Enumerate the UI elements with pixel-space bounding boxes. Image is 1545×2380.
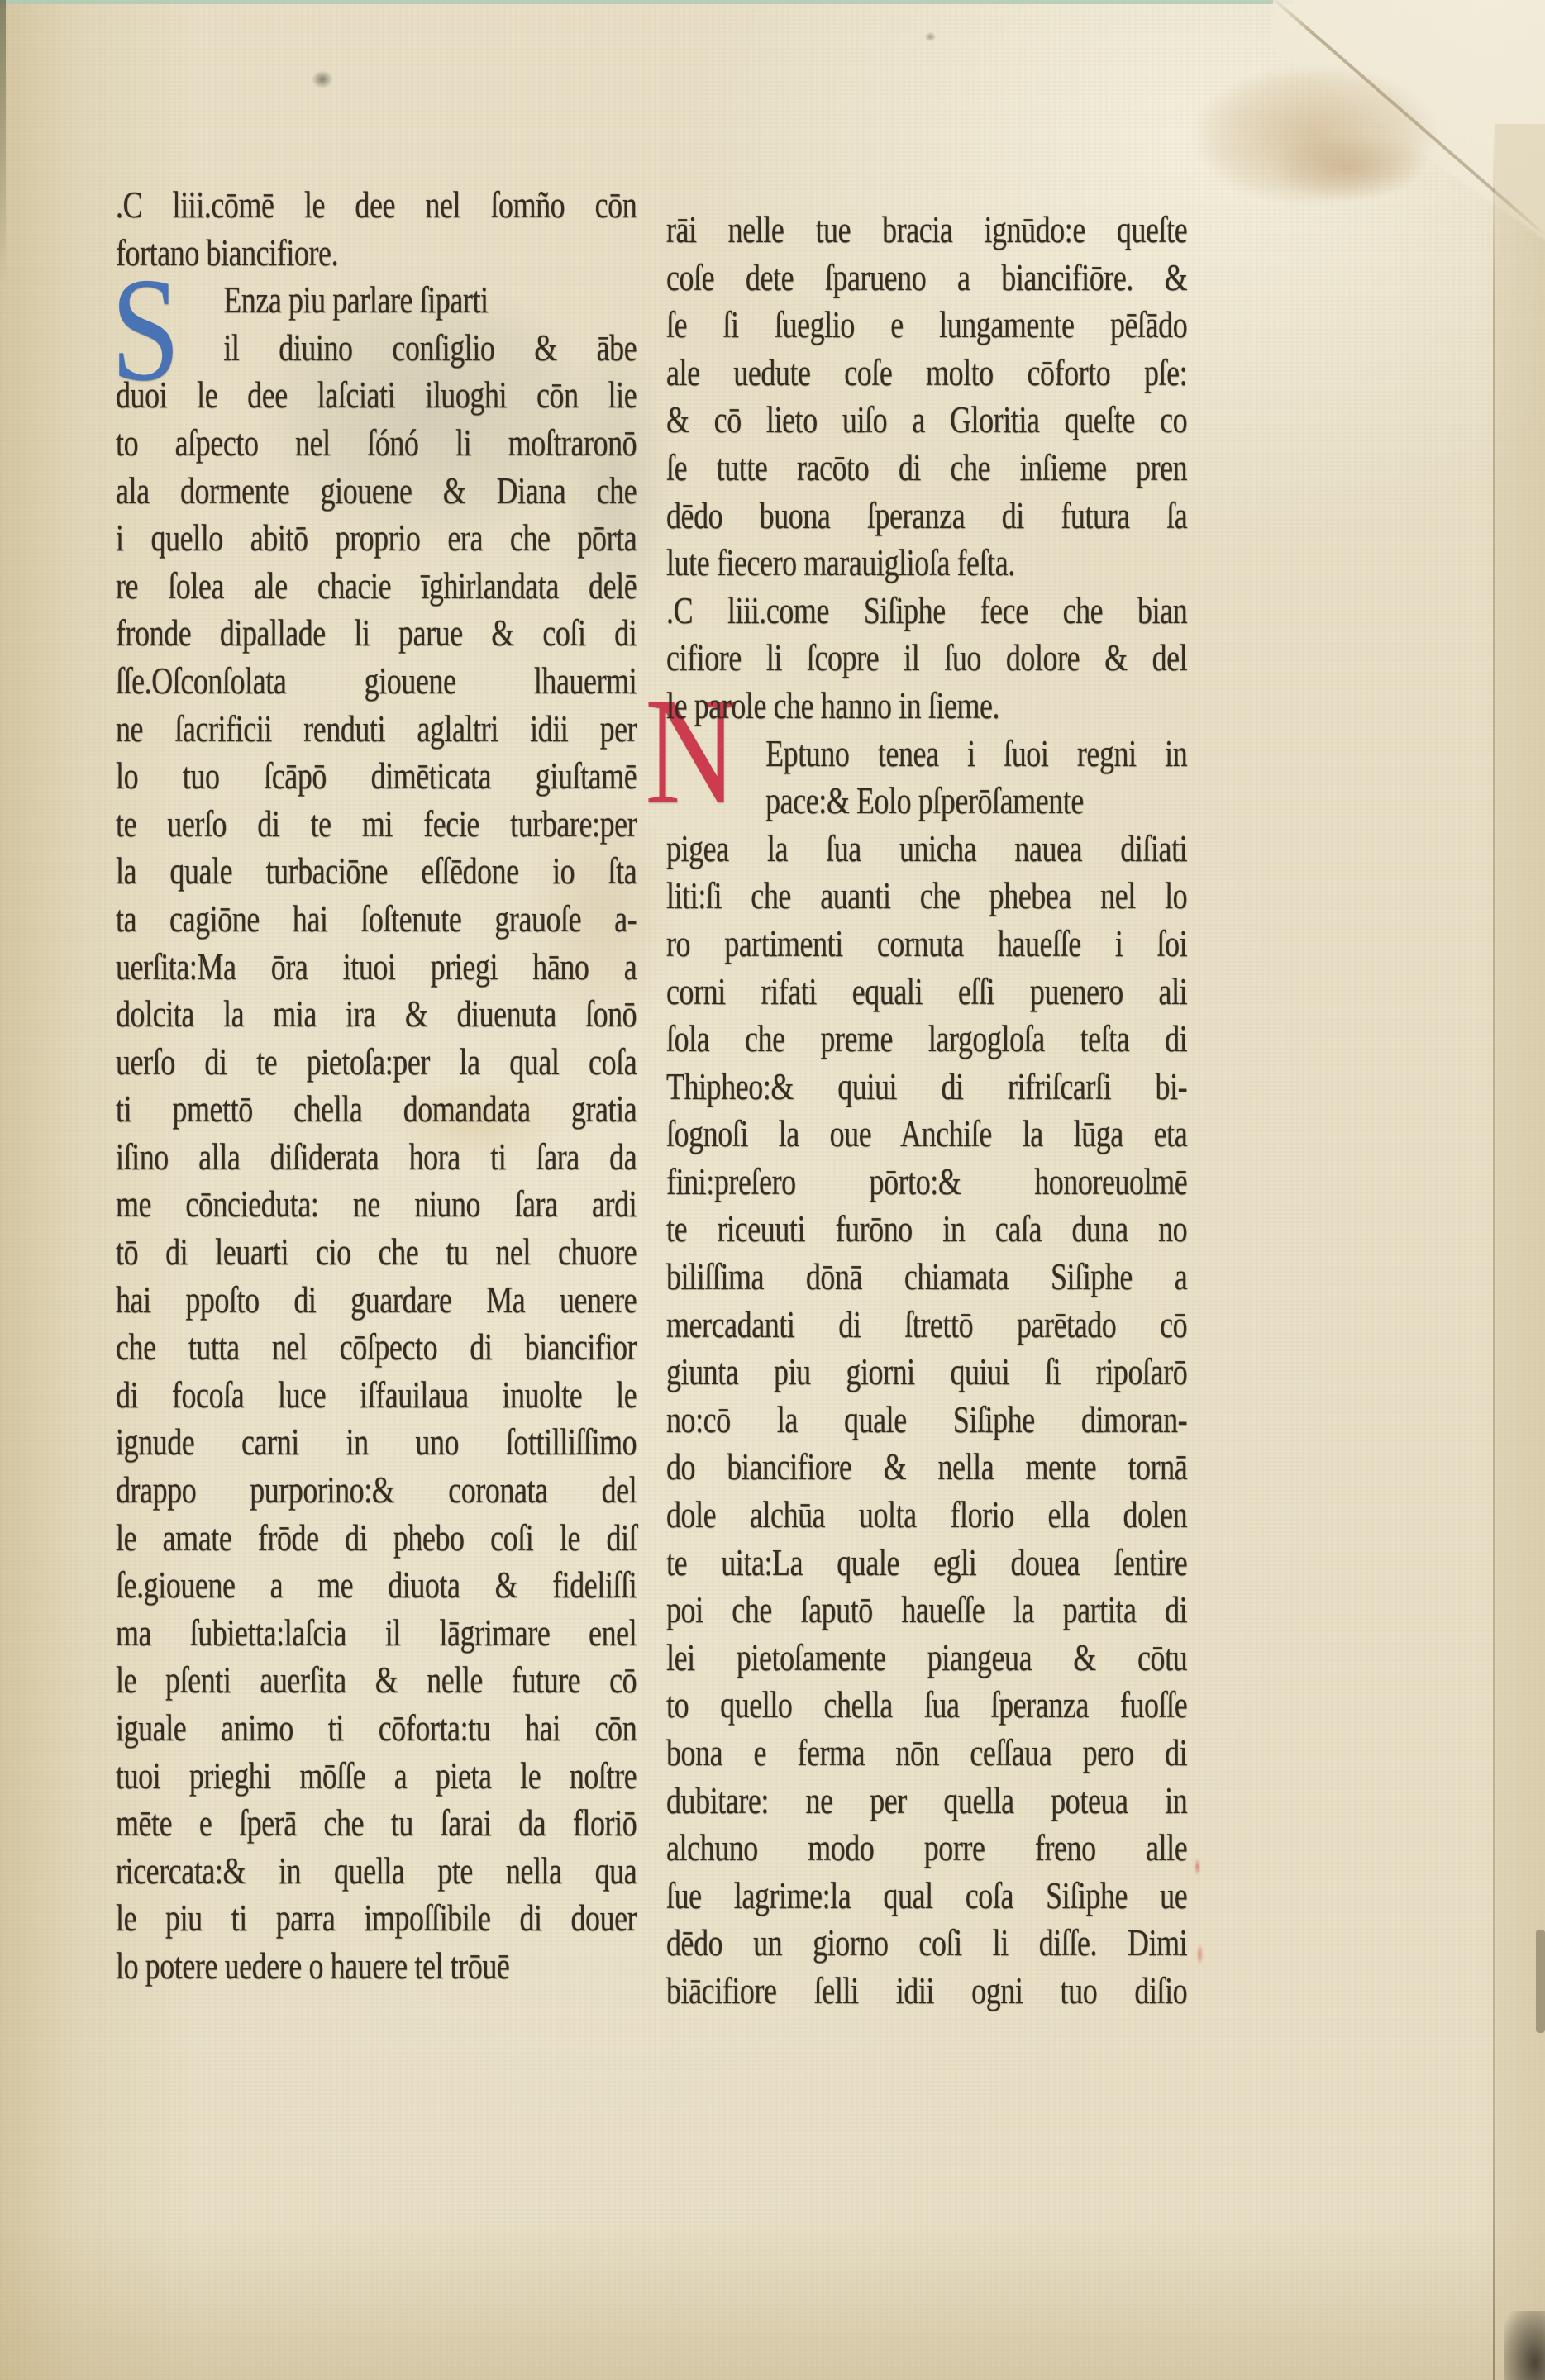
text-line: dole alchūa uolta florio ella dolen [666,1491,1187,1539]
text-line: le amate frōde di phebo coſi le diſ [116,1514,637,1562]
text-line: pace:& Eolo pſperōſamente [666,777,1187,825]
text-line: dubitare: ne per quella poteua in [666,1777,1187,1825]
text-line: dēdo un giorno coſi li diſſe. Dimi [666,1919,1187,1967]
text-line: ſſe.Oſconſolata giouene lhauermi [116,657,637,705]
text-line: coſe dete ſparueno a biancifiōre. & [666,254,1187,302]
text-line: ſola che preme largogloſa teſta di [666,1015,1187,1063]
book-page: S N .C liii.cōmē le dee nel ſomño cōnfor… [0,0,1545,2380]
text-line: do biancifiore & nella mente tornā [666,1443,1187,1491]
text-line: tō di leuarti cio che tu nel chuore [116,1228,637,1276]
text-line: ſe ſi ſueglio e lungamente pēſādo [666,301,1187,349]
right-column: rāi nelle tue bracia ignūdo:e queſtecoſe… [666,206,1187,2015]
text-line: ta cagiōne hai ſoſtenute grauoſe a- [116,895,637,943]
text-line: corni rifati equali eſſi puenero ali [666,968,1187,1016]
ink-speck [311,69,334,89]
left-column: .C liii.cōmē le dee nel ſomño cōnfortano… [116,181,637,1990]
scanner-edge-strip [0,0,1294,4]
text-line: biliſſima dōnā chiamata Siſiphe a [666,1253,1187,1301]
text-line: re ſolea ale chacie īghirlandata delē [116,562,637,610]
text-line: ti pmettō chella domandata gratia [116,1085,637,1133]
text-line: ſue lagrime:la qual coſa Siſiphe ue [666,1872,1187,1920]
ink-speck [924,31,937,42]
red-ink-speck [1196,1944,1204,1965]
text-line: lo potere uedere o hauere tel trōuē [116,1942,637,1990]
text-line: ſe tutte racōto di che inſieme pren [666,444,1187,492]
text-line: che tutta nel cōſpecto di biancifior [116,1323,637,1371]
text-line: fronde dipallade li parue & coſi di [116,609,637,657]
text-line: ſognoſi la oue Anchiſe la lūga eta [666,1110,1187,1158]
text-line: te uita:La quale egli douea ſentire [666,1539,1187,1587]
text-line: ala dormente giouene & Diana che [116,467,637,515]
text-line: ignude carni in uno ſottilliſſimo [116,1418,637,1466]
text-line: ale uedute coſe molto cōforto pſe: [666,349,1187,397]
text-line: fortano biancifiore. [116,229,637,277]
text-line: dolcita la mia ira & diuenuta ſonō [116,990,637,1038]
text-line: rāi nelle tue bracia ignūdo:e queſte [666,206,1187,254]
corner-fold-crease [1269,0,1545,239]
text-line: tuoi prieghi mōſſe a pieta le noſtre [116,1752,637,1800]
corner-fold [1273,0,1545,241]
text-line: lute fiecero marauiglioſa feſta. [666,539,1187,587]
text-line: liti:ſi che auanti che phebea nel lo [666,872,1187,920]
page-edge-line-right [1493,124,1495,2380]
text-line: te uerſo di te mi fecie turbare:per [116,800,637,848]
text-line: mēte e ſperā che tu ſarai da floriō [116,1799,637,1847]
text-line: .C liii.come Siſiphe fece che bian [666,587,1187,635]
text-line: Eptuno tenea i ſuoi regni in [666,730,1187,778]
text-line: le pſenti auerſita & nelle future cō [116,1656,637,1704]
text-line: il diuino conſiglio & ābe [116,324,637,372]
text-line: ſe.giouene a me diuota & fideliſſi [116,1561,637,1609]
text-line: no:cō la quale Siſiphe dimoran- [666,1396,1187,1444]
text-line: iſino alla diſiderata hora ti ſara da [116,1133,637,1181]
text-line: iguale animo ti cōforta:tu hai cōn [116,1704,637,1752]
text-line: ro partimenti cornuta haueſſe i ſoi [666,920,1187,968]
text-line: lo tuo ſcāpō dimēticata giuſtamē [116,752,637,800]
text-line: di focoſa luce iſfauilaua inuolte le [116,1371,637,1419]
text-line: dēdo buona ſperanza di futura ſa [666,492,1187,540]
text-line: ricercata:& in quella pte nella qua [116,1847,637,1895]
text-line: to aſpecto nel ſónó li moſtraronō [116,419,637,467]
corner-dark-spot [1504,2311,1545,2380]
text-line: fini:preſero pōrto:& honoreuolmē [666,1158,1187,1206]
text-line: to quello chella ſua ſperanza fuoſſe [666,1681,1187,1729]
text-line: ne ſacrificii renduti aglaltri idii per [116,705,637,753]
text-line: .C liii.cōmē le dee nel ſomño cōn [116,181,637,229]
text-line: poi che ſaputō haueſſe la partita di [666,1586,1187,1634]
text-line: alchuno modo porre freno alle [666,1824,1187,1872]
water-stain-top-right-2 [1236,120,1459,215]
text-line: mercadanti di ſtrettō parētado cō [666,1301,1187,1349]
water-stain-top-right [1145,29,1484,223]
text-line: lei pietoſamente piangeua & cōtu [666,1634,1187,1682]
text-line: biācifiore ſelli idii ogni tuo diſio [666,1967,1187,2015]
text-line: & cō lieto uiſo a Gloritia queſte co [666,396,1187,444]
red-ink-speck [1194,1858,1201,1876]
text-line: duoi le dee laſciati iluoghi cōn lie [116,371,637,419]
text-line: uerſita:Ma ōra ituoi priegi hāno a [116,943,637,991]
text-line: drappo purporino:& coronata del [116,1466,637,1514]
text-line: cifiore li ſcopre il ſuo dolore & del [666,634,1187,682]
text-line: Enza piu parlare ſiparti [116,276,637,324]
text-line: pigea la ſua unicha nauea diſiati [666,825,1187,873]
text-line: te riceuuti furōno in caſa duna no [666,1205,1187,1253]
text-line: Thipheo:& quiui di rifriſcarſi bi- [666,1063,1187,1111]
text-line: bona e ferma nōn ceſſaua pero di [666,1729,1187,1777]
text-line: me cōncieduta: ne niuno ſara ardi [116,1180,637,1228]
edge-dark-mark [1536,1930,1545,2033]
text-line: la quale turbaciōne eſſēdone io ſta [116,847,637,895]
text-line: le parole che hanno in ſieme. [666,682,1187,730]
text-line: hai ppoſto di guardare Ma uenere [116,1276,637,1324]
underlying-page-strip [1495,124,1545,2380]
text-line: uerſo di te pietoſa:per la qual coſa [116,1038,637,1086]
page-edge-shadow-left [0,0,6,285]
text-line: giunta piu giorni quiui ſi ripoſarō [666,1348,1187,1396]
text-line: ma ſubietta:laſcia il lāgrimare enel [116,1609,637,1657]
text-line: i quello abitō proprio era che pōrta [116,514,637,562]
text-line: le piu ti parra impoſſibile di douer [116,1894,637,1942]
